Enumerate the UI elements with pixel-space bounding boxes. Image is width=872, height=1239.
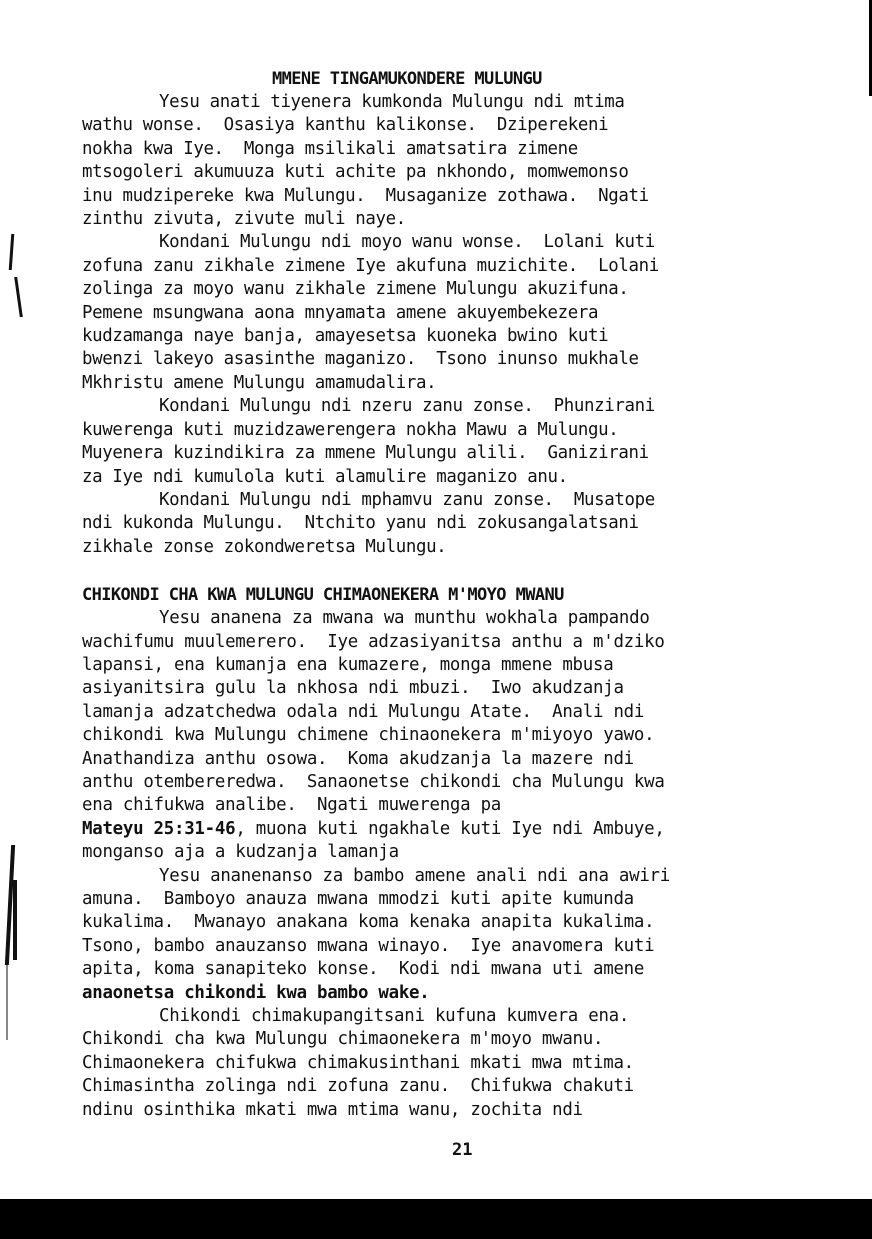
text-line: wachifumu muulemerero. Iye adzasiyanitsa…: [82, 631, 822, 654]
text-line: Pemene msungwana aona mnyamata amene aku…: [82, 302, 822, 325]
text-line: bwenzi lakeyo asasinthe maganizo. Tsono …: [82, 348, 822, 371]
scan-margin-mark: [14, 277, 23, 317]
text-line: Kondani Mulungu ndi moyo wanu wonse. Lol…: [82, 231, 822, 254]
text-line: monganso aja a kudzanja lamanja: [82, 841, 822, 864]
text-line: mtsogoleri akumuuza kuti achite pa nkhon…: [82, 161, 822, 184]
text-line: ndi kukonda Mulungu. Ntchito yanu ndi zo…: [82, 512, 822, 535]
page-number: 21: [452, 1140, 472, 1160]
text-line: apita, koma sanapiteko konse. Kodi ndi m…: [82, 958, 822, 981]
text-line: Chikondi cha kwa Mulungu chimaonekera m'…: [82, 1028, 822, 1051]
text-line: Anathandiza anthu osowa. Koma akudzanja …: [82, 748, 822, 771]
text-line: Chimaonekera chifukwa chimakusinthani mk…: [82, 1052, 822, 1075]
text-line: Yesu ananena za mwana wa munthu wokhala …: [82, 607, 822, 630]
scripture-reference: Mateyu 25:31-46: [82, 819, 235, 839]
text-line: lamanja adzatchedwa odala ndi Mulungu At…: [82, 701, 822, 724]
text-line: ndinu osinthika mkati mwa mtima wanu, zo…: [82, 1099, 822, 1122]
scan-margin-mark: [6, 960, 8, 1040]
text-line: kukalima. Mwanayo anakana koma kenaka an…: [82, 911, 822, 934]
text-line: zolinga za moyo wanu zikhale zimene Mulu…: [82, 278, 822, 301]
text-line: anaonetsa chikondi kwa bambo wake.: [82, 982, 822, 1005]
section-title: CHIKONDI CHA KWA MULUNGU CHIMAONEKERA M'…: [82, 584, 822, 607]
text-line: Yesu ananenanso za bambo amene anali ndi…: [82, 865, 822, 888]
text-line: amuna. Bamboyo anauza mwana mmodzi kuti …: [82, 888, 822, 911]
text-line: lapansi, ena kumanja ena kumazere, monga…: [82, 654, 822, 677]
section-body: Yesu anati tiyenera kumkonda Mulungu ndi…: [82, 91, 822, 559]
text-line: zikhale zonse zokondweretsa Mulungu.: [82, 536, 822, 559]
text-line: asiyanitsira gulu la nkhosa ndi mbuzi. I…: [82, 677, 822, 700]
text-line: nokha kwa Iye. Monga msilikali amatsatir…: [82, 138, 822, 161]
text-line: Kondani Mulungu ndi nzeru zanu zonse. Ph…: [82, 395, 822, 418]
text-line: Yesu anati tiyenera kumkonda Mulungu ndi…: [82, 91, 822, 114]
section-title: MMENE TINGAMUKONDERE MULUNGU: [82, 68, 822, 91]
text-line: za Iye ndi kumulola kuti alamulire magan…: [82, 466, 822, 489]
text-line: Mateyu 25:31-46, muona kuti ngakhale kut…: [82, 818, 822, 841]
text-line: zinthu zivuta, zivute muli naye.: [82, 208, 822, 231]
scan-margin-mark: [9, 234, 15, 270]
text-line: Mkhristu amene Mulungu amamudalira.: [82, 372, 822, 395]
text-line: chikondi kwa Mulungu chimene chinaoneker…: [82, 724, 822, 747]
text-line: kudzamanga naye banja, amayesetsa kuonek…: [82, 325, 822, 348]
scan-bottom-band: [0, 1199, 872, 1239]
text-line: Chimasintha zolinga ndi zofuna zanu. Chi…: [82, 1075, 822, 1098]
text-line: Kondani Mulungu ndi mphamvu zanu zonse. …: [82, 489, 822, 512]
text-line: Muyenera kuzindikira za mmene Mulungu al…: [82, 442, 822, 465]
text-line: kuwerenga kuti muzidzawerengera nokha Ma…: [82, 419, 822, 442]
text-line: anthu otembereredwa. Sanaonetse chikondi…: [82, 771, 822, 794]
line-text: , muona kuti ngakhale kuti Iye ndi Ambuy…: [235, 819, 664, 839]
text-line: Chikondi chimakupangitsani kufuna kumver…: [82, 1005, 822, 1028]
text-line: zofuna zanu zikhale zimene Iye akufuna m…: [82, 255, 822, 278]
text-line: Tsono, bambo anauzanso mwana winayo. Iye…: [82, 935, 822, 958]
scan-margin-mark: [13, 880, 17, 960]
text-line: wathu wonse. Osasiya kanthu kalikonse. D…: [82, 114, 822, 137]
section-body: Yesu ananena za mwana wa munthu wokhala …: [82, 607, 822, 1122]
text-line: inu mudzipereke kwa Mulungu. Musaganize …: [82, 185, 822, 208]
document-page: MMENE TINGAMUKONDERE MULUNGU Yesu anati …: [82, 68, 822, 1122]
text-line: ena chifukwa analibe. Ngati muwerenga pa: [82, 794, 822, 817]
